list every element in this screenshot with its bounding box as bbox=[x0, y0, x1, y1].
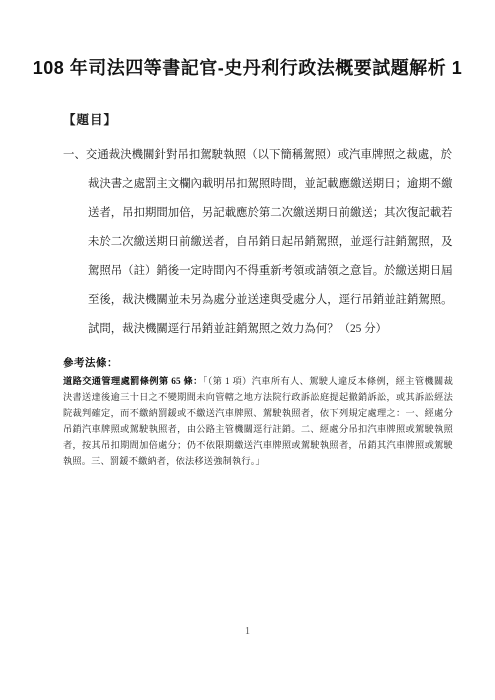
section-heading-question: 【題目】 bbox=[63, 110, 117, 128]
question-line: 至後，裁決機關並未另為處分並送達與受處分人，逕行吊銷並註銷駕照。 bbox=[88, 286, 452, 315]
reference-law-paragraph: 道路交通管理處罰條例第 65 條：「（第 1 項）汽車所有人、駕駛人違反本條例，… bbox=[63, 373, 453, 469]
document-page: 108 年司法四等書記官-史丹利行政法概要試題解析 1 【題目】 一、交通裁決機… bbox=[0, 0, 495, 700]
reference-section: 參考法條： 道路交通管理處罰條例第 65 條：「（第 1 項）汽車所有人、駕駛人… bbox=[63, 355, 453, 469]
reference-law-text: 「（第 1 項）汽車所有人、駕駛人違反本條例，經主管機關裁決書送達後逾三十日之不… bbox=[63, 376, 453, 466]
question-line: 未於二次繳送期日前繳送者，自吊銷日起吊銷駕照，並逕行註銷駕照，及 bbox=[88, 228, 452, 257]
question-line: 一、交通裁決機關針對吊扣駕駛執照（以下簡稱駕照）或汽車牌照之裁處，於 bbox=[63, 141, 452, 170]
question-line: 裁決書之處罰主文欄內載明吊扣駕照時間，並記載應繳送期日；逾期不繳 bbox=[88, 170, 452, 199]
question-line: 試問，裁決機關逕行吊銷並註銷駕照之效力為何？（25 分） bbox=[88, 315, 452, 344]
reference-law-title: 道路交通管理處罰條例第 65 條： bbox=[63, 376, 203, 386]
question-line: 送者，吊扣期間加倍，另記載應於第二次繳送期日前繳送；其次復記載若 bbox=[88, 199, 452, 228]
question-line: 駕照吊（註）銷後一定時間內不得重新考領或請領之意旨。於繳送期日屆 bbox=[88, 257, 452, 286]
page-number: 1 bbox=[0, 626, 495, 637]
page-title: 108 年司法四等書記官-史丹利行政法概要試題解析 1 bbox=[0, 54, 495, 80]
question-paragraph: 一、交通裁決機關針對吊扣駕駛執照（以下簡稱駕照）或汽車牌照之裁處，於 裁決書之處… bbox=[63, 141, 452, 344]
reference-heading: 參考法條： bbox=[63, 355, 453, 370]
